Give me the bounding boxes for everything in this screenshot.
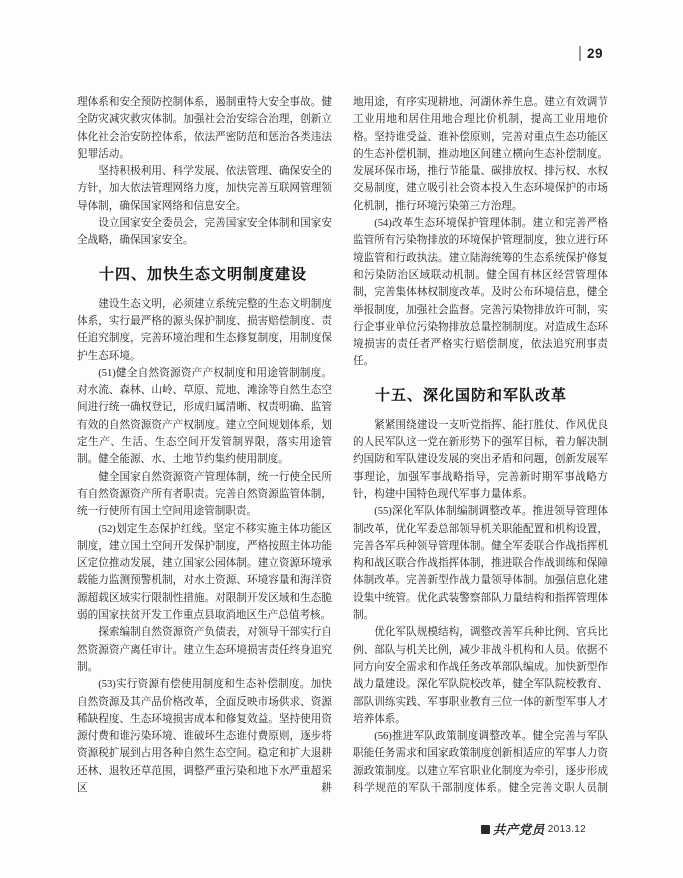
- body-paragraph: 理体系和安全预防控制体系，遏制重特大安全事故。健全防灾减灾救灾体制。加强社会治安…: [77, 94, 332, 163]
- magazine-logo: 共产党员: [493, 820, 545, 838]
- body-paragraph: (55)深化军队体制编制调整改革。推进领导管理体制改革，优化军委总部领导机关职能…: [353, 503, 608, 624]
- two-column-text: 理体系和安全预防控制体系，遏制重特大安全事故。健全防灾减灾救灾体制。加强社会治安…: [77, 94, 608, 797]
- body-paragraph: (56)推进军队政策制度调整改革。健全完善与军队职能任务需求和国家政策制度创新相…: [353, 728, 608, 797]
- body-paragraph: 建设生态文明，必须建立系统完整的生态文明制度体系，实行最严格的源头保护制度、损害…: [77, 296, 332, 365]
- body-paragraph: (52)划定生态保护红线。坚定不移实施主体功能区制度，建立国土空间开发保护制度，…: [77, 521, 332, 625]
- body-paragraph: 健全国家自然资源资产管理体制，统一行使全民所有自然资源资产所有者职责。完善自然资…: [77, 469, 332, 521]
- magazine-footer: 共产党员 2013.12: [481, 820, 586, 838]
- body-paragraph: 紧紧围绕建设一支听党指挥、能打胜仗、作风优良的人民军队这一党在新形势下的强军目标…: [353, 417, 608, 503]
- body-paragraph: 探索编制自然资源资产负债表，对领导干部实行自然资源资产离任审计。建立生态环境损害…: [77, 624, 332, 676]
- document-page: 29 理体系和安全预防控制体系，遏制重特大安全事故。健全防灾减灾救灾体制。加强社…: [0, 0, 683, 878]
- issue-date: 2013.12: [548, 824, 586, 835]
- page-number: 29: [579, 46, 603, 61]
- body-paragraph: 优化军队规模结构，调整改善军兵种比例、官兵比例、部队与机关比例，减少非战斗机构和…: [353, 624, 608, 728]
- body-paragraph: 坚持积极利用、科学发展、依法管理、确保安全的方针，加大依法管理网络力度，加快完善…: [77, 163, 332, 215]
- right-column: 地用途，有序实现耕地、河湖休养生息。建立有效调节工业用地和居住用地合理比价机制，…: [353, 94, 608, 797]
- body-paragraph: (51)健全自然资源资产产权制度和用途管制制度。对水流、森林、山岭、草原、荒地、…: [77, 365, 332, 469]
- left-column: 理体系和安全预防控制体系，遏制重特大安全事故。健全防灾减灾救灾体制。加强社会治安…: [77, 94, 332, 797]
- page-number-value: 29: [587, 46, 603, 61]
- body-paragraph: (54)改革生态环境保护管理体制。建立和完善严格监管所有污染物排放的环境保护管理…: [353, 215, 608, 371]
- section-heading: 十四、加快生态文明制度建设: [99, 263, 332, 284]
- body-paragraph: 设立国家安全委员会，完善国家安全体制和国家安全战略，确保国家安全。: [77, 215, 332, 250]
- magazine-seal-icon: [481, 825, 490, 834]
- body-paragraph: (53)实行资源有偿使用制度和生态补偿制度。加快自然资源及其产品价格改革，全面反…: [77, 676, 332, 797]
- page-number-divider: [579, 46, 581, 61]
- section-heading: 十五、深化国防和军队改革: [375, 384, 608, 405]
- body-paragraph: 地用途，有序实现耕地、河湖休养生息。建立有效调节工业用地和居住用地合理比价机制，…: [353, 94, 608, 215]
